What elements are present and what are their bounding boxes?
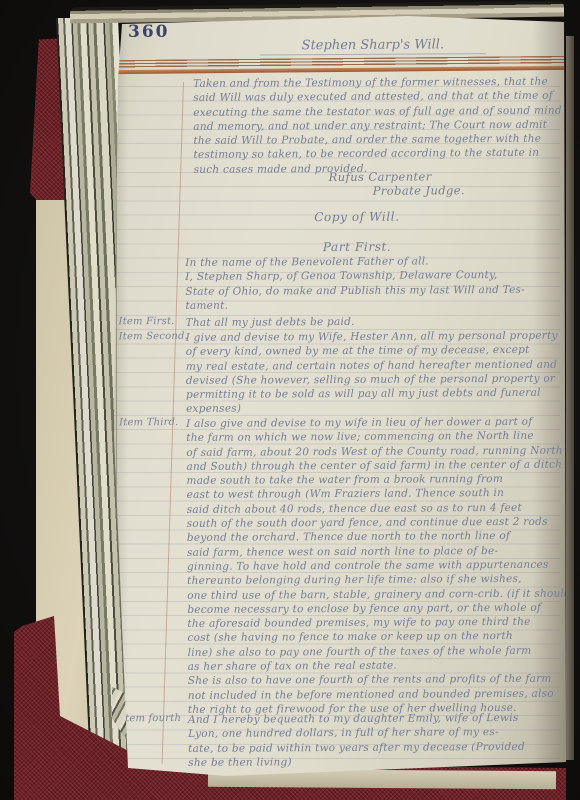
handwritten-line: line) she also to pay one fourth of the … [188, 643, 570, 660]
handwritten-line: testimony so taken, to be recorded accor… [184, 146, 566, 163]
ledger-page: 360 Stephen Sharp's Will. Taken and from… [108, 16, 566, 776]
margin-label-item-second: Item Second. [119, 331, 185, 342]
signature-name: Rufus Carpenter [329, 169, 432, 184]
handwritten-line: and South) through the center of said fa… [186, 457, 568, 474]
adjacent-page-sliver [566, 36, 574, 760]
margin-label-item-first: Item First. [119, 316, 185, 327]
photo-of-open-ledger-book: { "book": { "page_number": "360", "heade… [0, 0, 580, 800]
probate-record-paragraph: Taken and from the Testimony of the form… [184, 75, 567, 177]
handwritten-line: tate, to be paid within two years after … [188, 739, 570, 756]
handwritten-line: State of Ohio, do make and Publish this … [185, 282, 567, 299]
item-third-paragraph: I also give and devise to my wife in lie… [186, 415, 570, 718]
handwritten-line: And I hereby bequeath to my daughter Emi… [188, 711, 570, 728]
handwritten-line: tament. [185, 296, 567, 313]
copy-of-will-heading: Copy of Will. [185, 209, 563, 225]
margin-label-item-fourth: Item fourth [121, 713, 187, 724]
handwritten-line: permitting it to be sold as will pay all… [186, 386, 568, 403]
handwritten-line: south of the south door yard fence, and … [187, 515, 569, 532]
part-first-heading: Part First. [185, 239, 563, 255]
margin-label-item-third: Item Third. [119, 417, 185, 428]
page-heading-will-title: Stephen Sharp's Will. [184, 37, 562, 54]
item-fourth-paragraph: And I hereby bequeath to my daughter Emi… [188, 711, 570, 771]
page-heading-text: Stephen Sharp's Will. [260, 37, 487, 55]
signature-title: Probate Judge. [373, 183, 465, 198]
item-second-paragraph: I give and devise to my Wife, Hester Ann… [186, 329, 569, 417]
will-intro-paragraph: In the name of the Benevolent Father of … [185, 254, 567, 314]
handwritten-content: Stephen Sharp's Will. Taken and from the… [106, 15, 569, 778]
handwritten-line: That all my just debts be paid. [186, 314, 568, 331]
item-first-paragraph: That all my just debts be paid. [186, 314, 568, 331]
